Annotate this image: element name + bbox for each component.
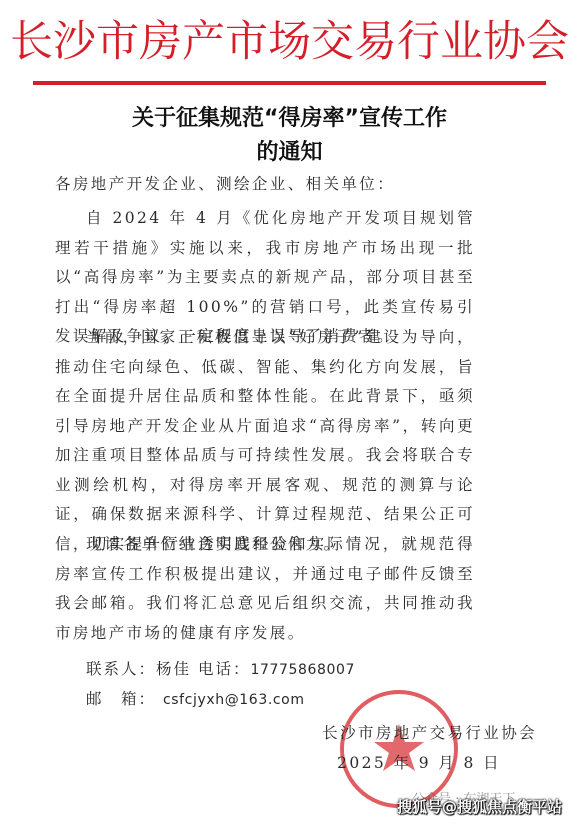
contact-email: csfcjyxh@163.com [163, 692, 305, 708]
letterhead-divider [33, 81, 546, 85]
paragraph-3: 现请各单位结合实践经验和实际情况，就规范得房率宣传工作积极提出建议，并通过电子邮… [55, 530, 475, 648]
salutation: 各房地产开发企业、测绘企业、相关单位： [55, 170, 475, 200]
contact-person-name: 杨佳 [156, 660, 191, 678]
contact-email-line: 邮 箱： csfcjyxh@163.com [86, 687, 305, 709]
signature-organization: 长沙市房地产交易行业协会 [322, 721, 537, 743]
paragraph-text: 当前，国家正积极倡导以“好房子”建设为导向，推动住宅向绿色、低碳、智能、集约化方… [55, 323, 475, 559]
contact-person-label: 联系人： [86, 660, 156, 678]
document-title-line1: 关于征集规范“得房率”宣传工作 [0, 101, 579, 132]
contact-phone: 17775868007 [250, 662, 355, 678]
signature-date: 2025 年 9 月 8 日 [337, 751, 501, 773]
watermark-primary: 搜狐号@搜狐焦点衡平站 [397, 796, 562, 817]
document-title-line2: 的通知 [0, 135, 579, 166]
paragraph-2: 当前，国家正积极倡导以“好房子”建设为导向，推动住宅向绿色、低碳、智能、集约化方… [55, 323, 475, 559]
contact-person-line: 联系人：杨佳 电话：17775868007 [86, 657, 355, 679]
paragraph-text: 现请各单位结合实践经验和实际情况，就规范得房率宣传工作积极提出建议，并通过电子邮… [55, 530, 475, 648]
letterhead-organization: 长沙市房产市场交易行业协会 [0, 14, 579, 70]
contact-email-label: 邮 箱： [86, 690, 156, 708]
contact-phone-label: 电话： [198, 660, 251, 678]
